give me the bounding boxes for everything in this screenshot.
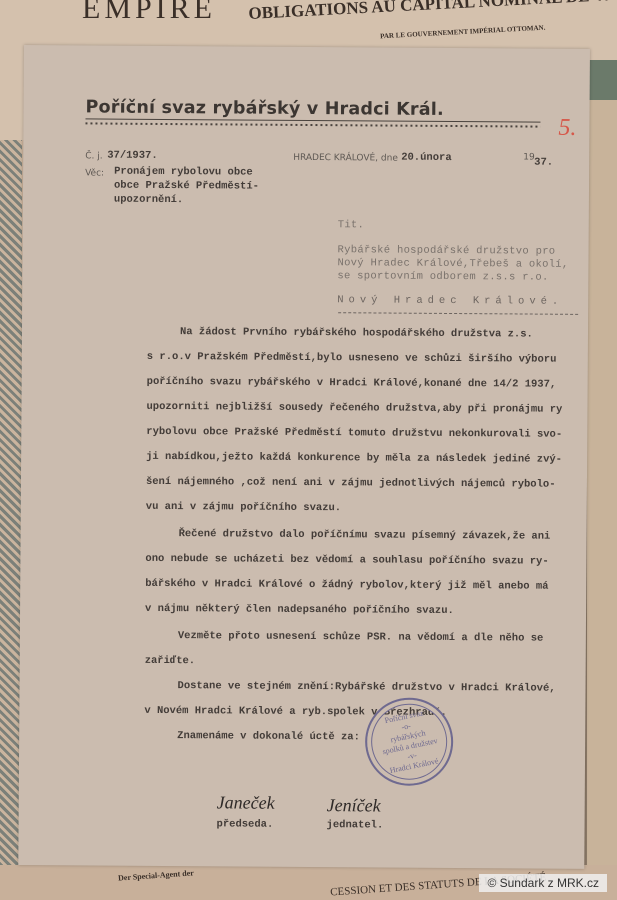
bond-caption: OBLIGATIONS AU CAPITAL NOMINAL DE 400 FR… — [248, 0, 617, 24]
body-line: vu ani v zájmu poříčního svazu. — [146, 501, 341, 514]
date-value: 20.února — [401, 152, 452, 164]
official-stamp: Poříční svaz -o- rybářských spolků a dru… — [357, 690, 461, 794]
subject-line: upozornění. — [114, 194, 183, 206]
body-line: v nájmu některý člen nadepsaného poříční… — [145, 603, 454, 617]
recipient-city: Nový Hradec Králové. — [337, 294, 563, 308]
body-line: zařiďte. — [145, 655, 196, 667]
place-label: HRADEC KRÁLOVÉ, dne — [293, 153, 398, 164]
subject-line: obce Pražské Předměstí- — [114, 180, 259, 193]
background-bond-right — [587, 60, 617, 900]
bond-subcaption: PAR LE GOUVERNEMENT IMPÉRIAL OTTOMAN. — [380, 24, 546, 41]
body-line: bářského v Hradci Králové o žádný rybolo… — [145, 578, 548, 593]
watermark: © Sundark z MRK.cz — [479, 874, 607, 892]
signature-chairman: Janeček — [217, 792, 275, 813]
year-prefix: 19 — [523, 152, 535, 162]
body-line: Znamenáme v dokonalé úctě za: — [177, 730, 360, 743]
subject-line: Pronájem rybolovu obce — [114, 166, 253, 179]
salutation: Tit. — [338, 219, 364, 231]
letter-sheet: Poříční svaz rybářský v Hradci Král. 5. … — [18, 45, 590, 869]
green-coupon — [587, 60, 617, 100]
body-line: upozorniti nejbližší sousedy řečeného dr… — [146, 401, 562, 416]
body-line: rybolovu obce Pražské Předměstí tomuto d… — [146, 426, 562, 441]
page-number: 5. — [558, 115, 576, 142]
body-line: ono nebude se ucházeti bez vědomí a souh… — [145, 553, 548, 568]
year-suffix: 37. — [534, 157, 553, 169]
body-line: ji nabídkou,ježto každá konkurence by mě… — [146, 451, 562, 466]
body-line: Na žádost Prvního rybářského hospodářské… — [180, 326, 533, 340]
body-line: Řečené družstvo dalo poříčnímu svazu pís… — [179, 528, 551, 543]
recipient-underline — [338, 312, 578, 315]
bond-heading: EMPIRE — [82, 0, 216, 26]
ref-label: Č. j. — [85, 151, 102, 161]
subject-label: Věc: — [85, 168, 104, 178]
signature-secretary: Jeníček — [327, 795, 381, 816]
letterhead: Poříční svaz rybářský v Hradci Král. — [85, 97, 443, 120]
recipient-line: Rybářské hospodářské družstvo pro — [338, 244, 556, 258]
body-line: šení nájemného ,což není ani v zájmu jed… — [146, 476, 556, 491]
ref-value: 37/1937. — [107, 150, 158, 162]
body-line: s r.o.v Pražském Předměstí,bylo usneseno… — [147, 351, 557, 366]
bond-agent-text: Der Special-Agent der — [118, 868, 194, 882]
body-line: Vezměte přoto usnesení schůze PSR. na vě… — [178, 630, 544, 645]
role-chairman: předseda. — [217, 818, 274, 830]
letterhead-rule — [85, 118, 540, 128]
recipient-line: Nový Hradec Králové,Třebeš a okolí, — [337, 257, 568, 271]
role-secretary: jednatel. — [327, 819, 384, 831]
recipient-line: se sportovním odborem z.s.s r.o. — [337, 270, 548, 283]
body-line: poříčního svazu rybářského v Hradci Král… — [147, 376, 557, 391]
body-line: Dostane ve stejném znění:Rybářské družst… — [177, 680, 555, 695]
